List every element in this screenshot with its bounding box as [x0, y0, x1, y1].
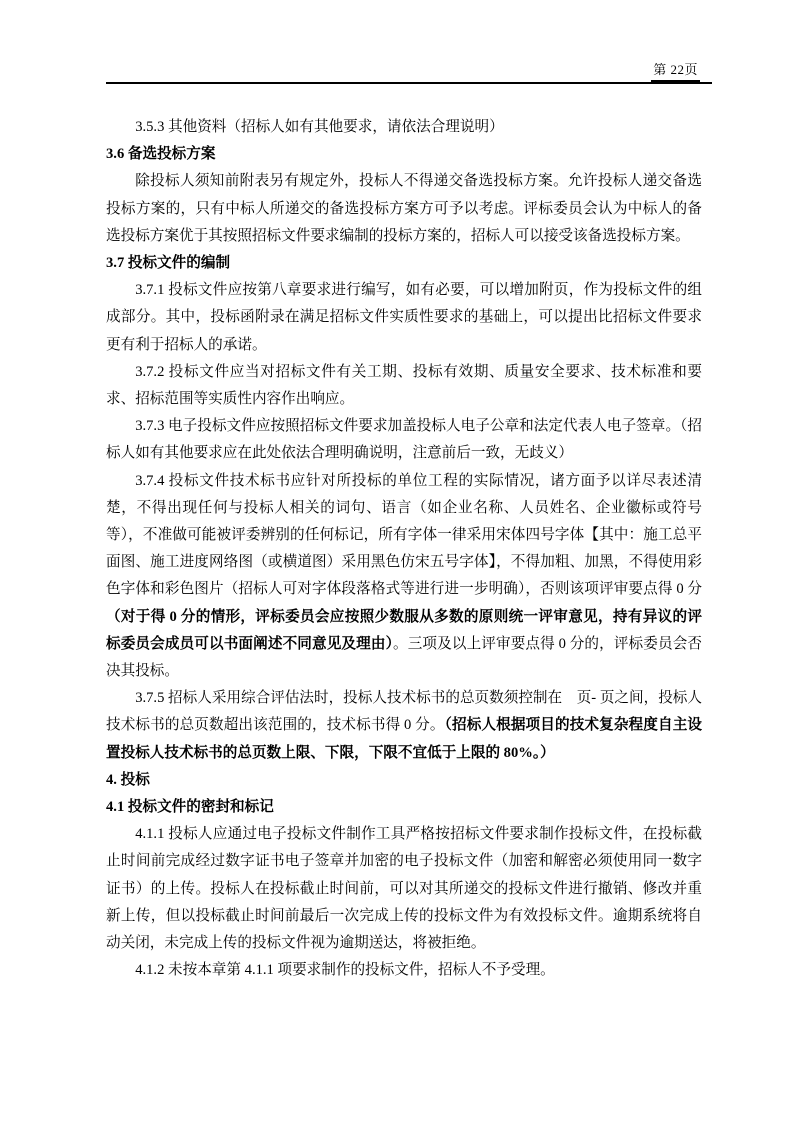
paragraph: 除投标人须知前附表另有规定外，投标人不得递交备选投标方案。允许投标人递交备选投标… — [106, 168, 702, 250]
text-run: 3.7.1 投标文件应按第八章要求进行编写，如有必要，可以增加附页，作为投标文件… — [106, 282, 702, 352]
section-heading: 4.1 投标文件的密封和标记 — [106, 794, 702, 821]
paragraph: 3.7.5 招标人采用综合评估法时，投标人技术标书的总页数须控制在 页- 页之间… — [106, 685, 702, 767]
paragraph: 4.1.1 投标人应通过电子投标文件制作工具严格按招标文件要求制作投标文件，在投… — [106, 821, 702, 957]
section-heading: 4. 投标 — [106, 767, 702, 794]
section-heading: 3.7 投标文件的编制 — [106, 250, 702, 277]
text-run: 3.7 投标文件的编制 — [106, 255, 230, 271]
text-run: 3.6 备选投标方案 — [106, 146, 215, 162]
paragraph: 3.7.2 投标文件应当对招标文件有关工期、投标有效期、质量安全要求、技术标准和… — [106, 359, 702, 413]
text-run: 4.1.2 未按本章第 4.1.1 项要求制作的投标文件，招标人不予受理。 — [135, 962, 555, 978]
text-run: 4. 投标 — [106, 772, 150, 788]
page-number: 第 22页 — [651, 61, 700, 82]
paragraph: 3.5.3 其他资料（招标人如有其他要求，请依法合理说明） — [106, 114, 702, 141]
text-run: 4.1.1 投标人应通过电子投标文件制作工具严格按招标文件要求制作投标文件，在投… — [106, 826, 702, 951]
text-run: 4.1 投标文件的密封和标记 — [106, 799, 274, 815]
paragraph: 3.7.1 投标文件应按第八章要求进行编写，如有必要，可以增加附页，作为投标文件… — [106, 277, 702, 359]
document-page: 第 22页 3.5.3 其他资料（招标人如有其他要求，请依法合理说明）3.6 备… — [0, 0, 793, 1122]
paragraph: 4.1.2 未按本章第 4.1.1 项要求制作的投标文件，招标人不予受理。 — [106, 957, 702, 984]
text-run: 除投标人须知前附表另有规定外，投标人不得递交备选投标方案。允许投标人递交备选投标… — [106, 173, 702, 243]
section-heading: 3.6 备选投标方案 — [106, 141, 702, 168]
document-body: 3.5.3 其他资料（招标人如有其他要求，请依法合理说明）3.6 备选投标方案除… — [106, 114, 702, 985]
text-run: 3.7.3 电子投标文件应按照招标文件要求加盖投标人电子公章和法定代表人电子签章… — [106, 418, 702, 461]
text-run: 3.5.3 其他资料（招标人如有其他要求，请依法合理说明） — [135, 119, 504, 135]
paragraph: 3.7.4 投标文件技术标书应针对所投标的单位工程的实际情况，诸方面予以详尽表述… — [106, 468, 702, 686]
header-rule — [106, 82, 712, 84]
paragraph: 3.7.3 电子投标文件应按照招标文件要求加盖投标人电子公章和法定代表人电子签章… — [106, 413, 702, 467]
text-run: 3.7.2 投标文件应当对招标文件有关工期、投标有效期、质量安全要求、技术标准和… — [106, 364, 702, 407]
text-run: 3.7.4 投标文件技术标书应针对所投标的单位工程的实际情况，诸方面予以详尽表述… — [106, 473, 702, 598]
